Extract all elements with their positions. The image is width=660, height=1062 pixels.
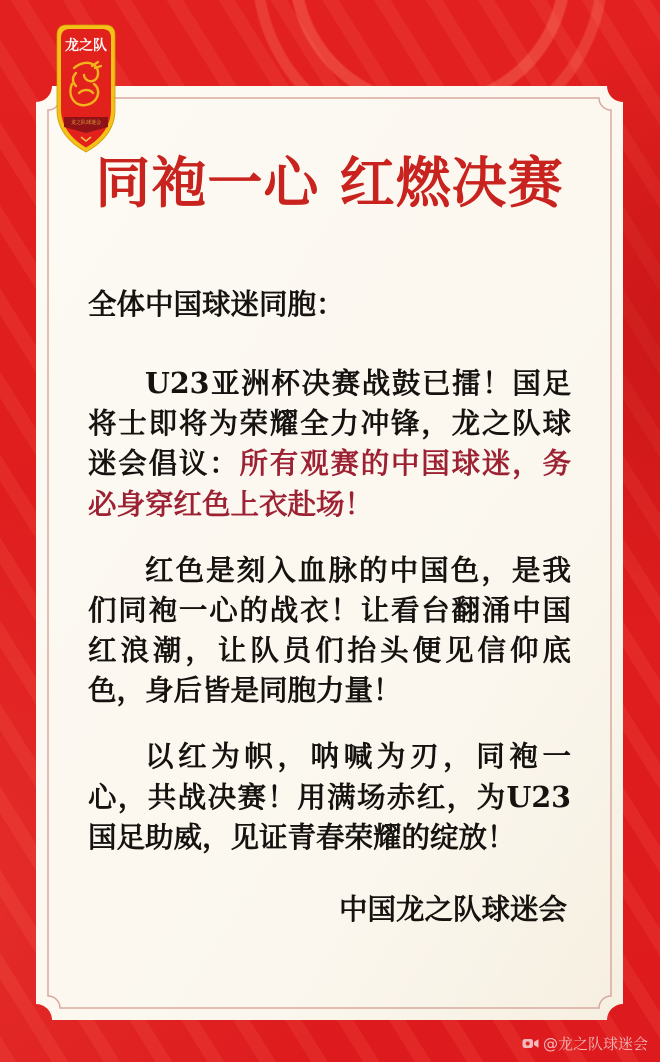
team-crest-badge: 龙之队 龙之队球迷会 <box>54 22 118 154</box>
salutation: 全体中国球迷同胞： <box>88 282 571 323</box>
crest-banner-text: 龙之队球迷会 <box>71 119 101 126</box>
letter-body: 全体中国球迷同胞： U23亚洲杯决赛战鼓已擂！国足将士即将为荣耀全力冲锋，龙之队… <box>88 282 571 956</box>
poster-page: { "badge": { "team_name": "龙之队", "banner… <box>0 0 660 1062</box>
poster-title: 同袍一心 红燃决赛 <box>36 150 623 216</box>
watermark: @龙之队球迷会 <box>522 1033 648 1054</box>
crest-team-name: 龙之队 <box>65 37 107 54</box>
watermark-text: @龙之队球迷会 <box>543 1033 648 1054</box>
camera-icon <box>522 1037 539 1050</box>
paragraph-3: 以红为帜，呐喊为刃，同袍一心，共战决赛！用满场赤红，为U23国足助威，见证青春荣… <box>88 736 571 857</box>
signature: 中国龙之队球迷会 <box>88 887 571 928</box>
paragraph-2: 红色是刻入血脉的中国色，是我们同袍一心的战衣！让看台翻涌中国红浪潮，让队员们抬头… <box>88 550 571 711</box>
paragraph-1: U23亚洲杯决赛战鼓已擂！国足将士即将为荣耀全力冲锋，龙之队球迷会倡议：所有观赛… <box>88 363 571 524</box>
